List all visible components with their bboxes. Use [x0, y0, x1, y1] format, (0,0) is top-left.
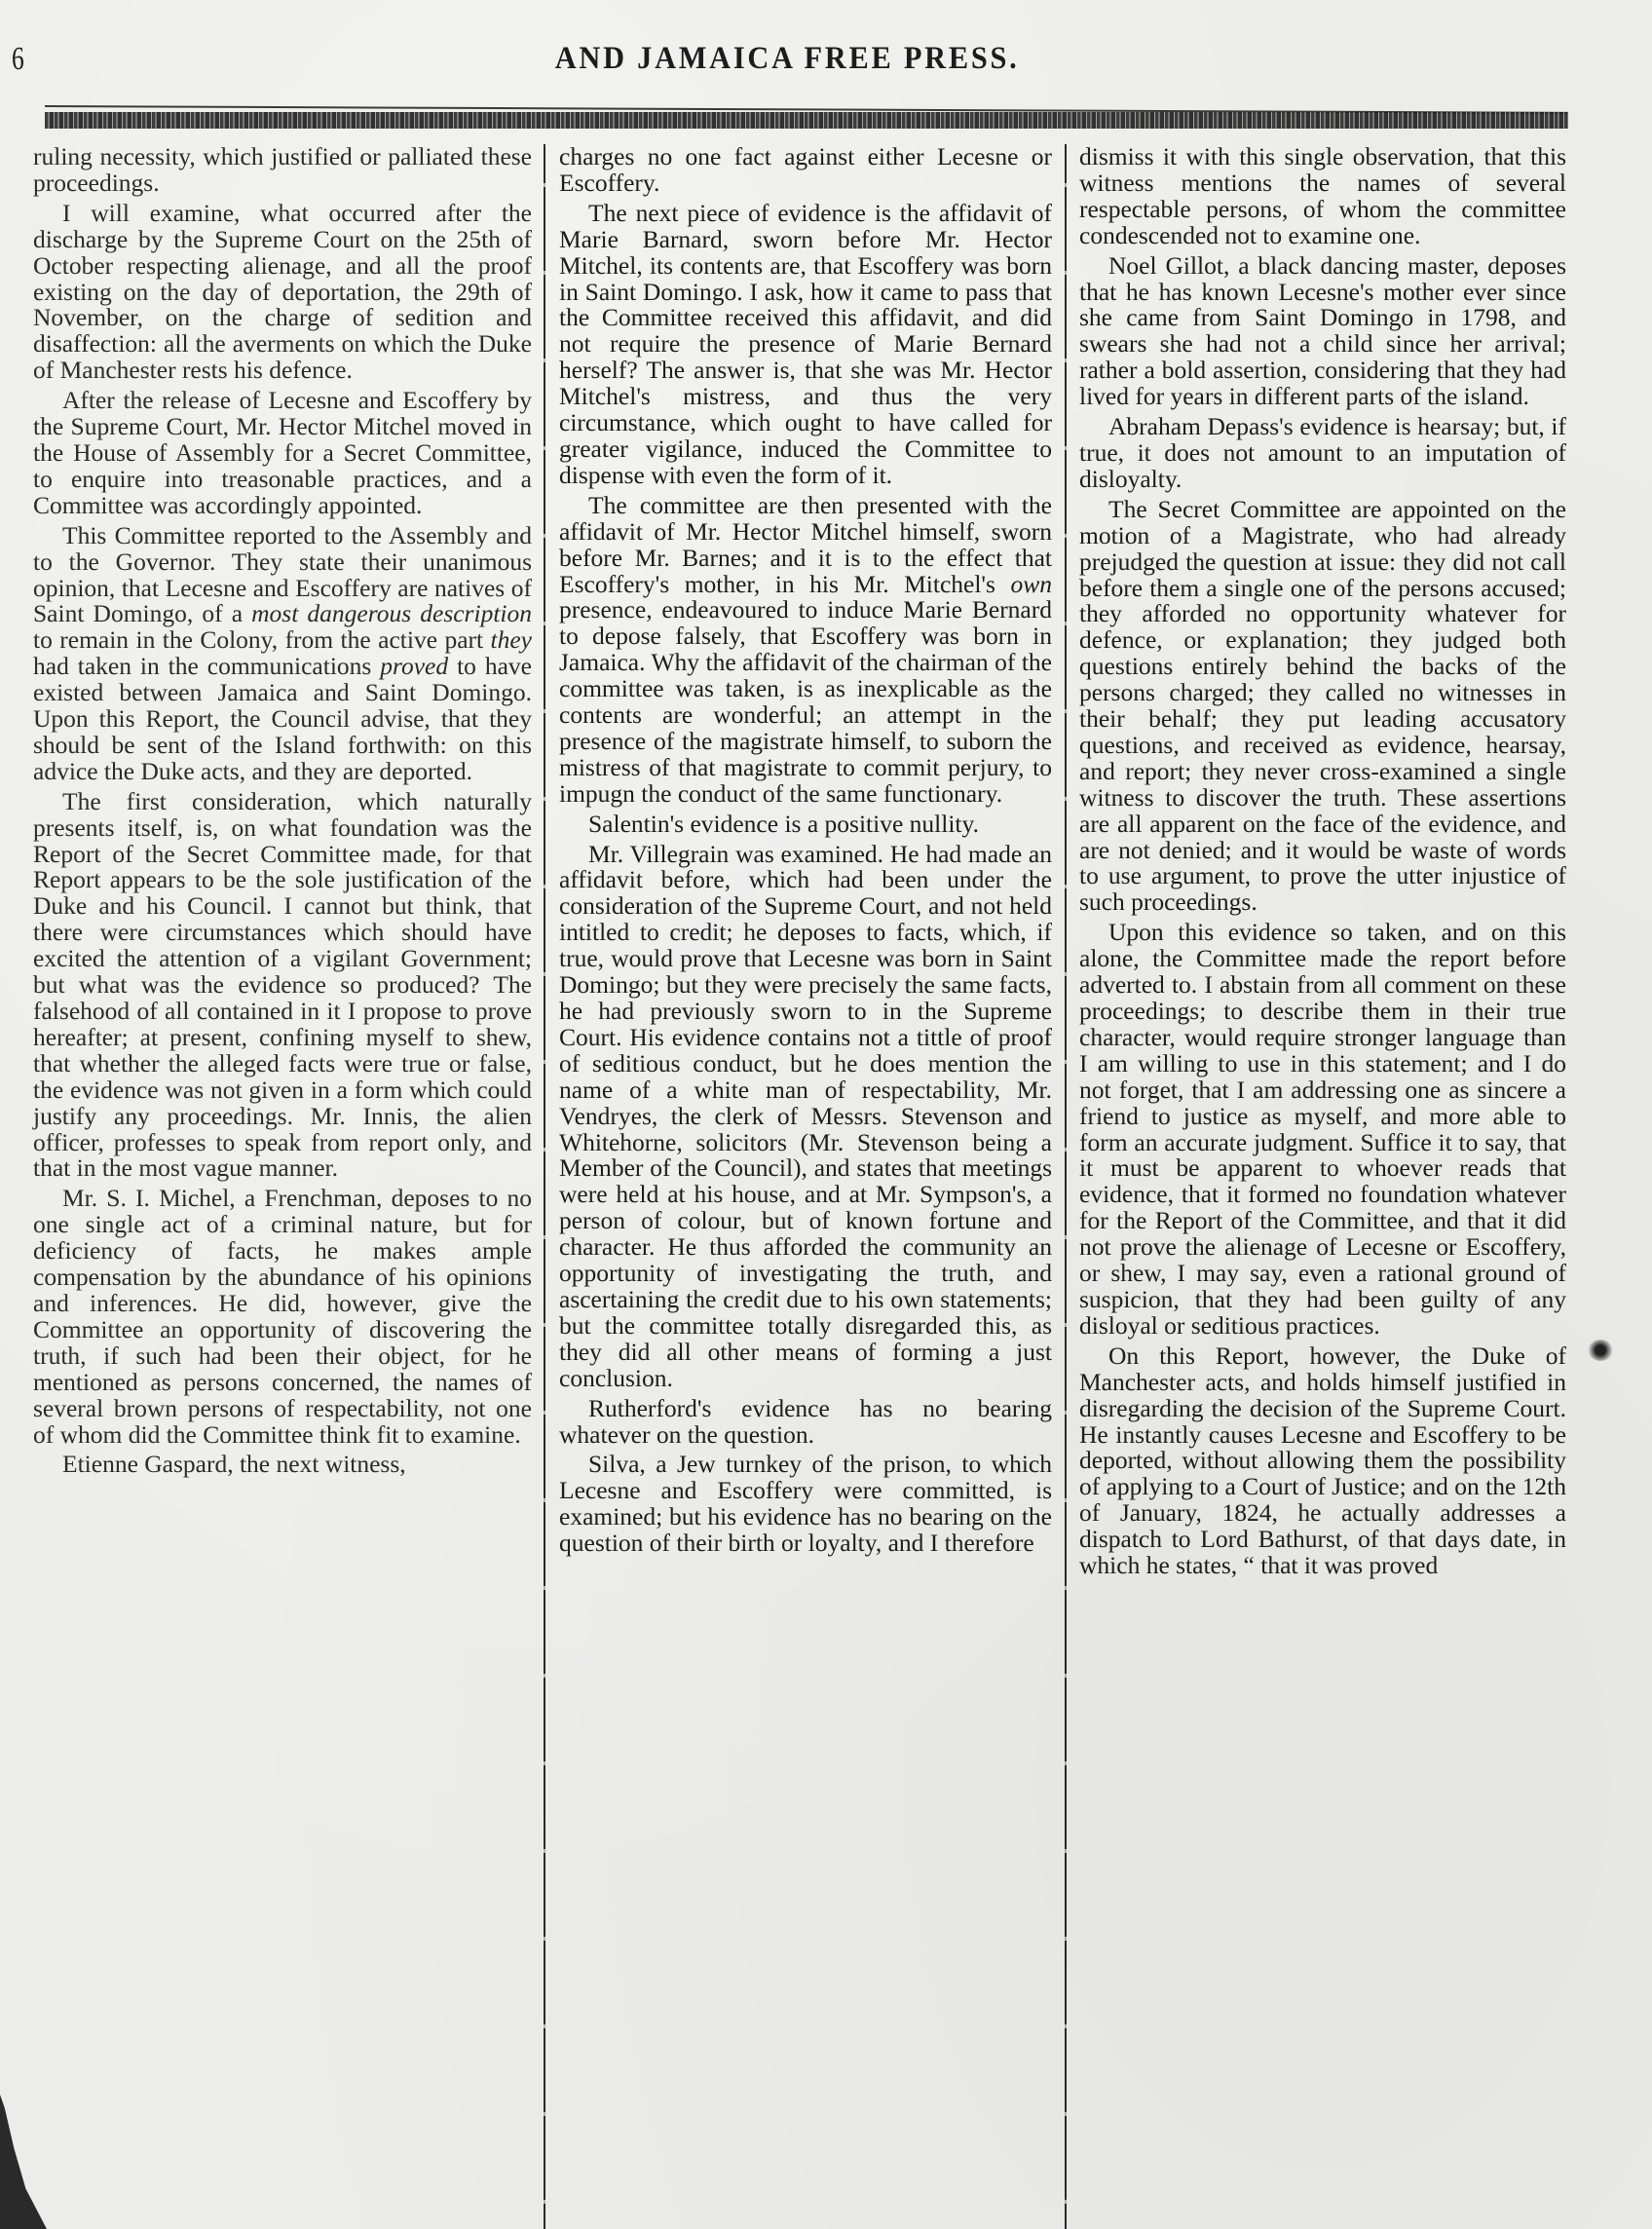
paragraph: After the release of Lecesne and Escoffe… [33, 388, 532, 519]
italic-emphasis: own [1010, 570, 1052, 598]
paragraph: Mr. Villegrain was examined. He had made… [559, 842, 1052, 1392]
column-3: dismiss it with this single observation,… [1079, 144, 1566, 1583]
paragraph: The first consideration, which naturally… [33, 789, 532, 1183]
italic-emphasis: they [491, 625, 532, 654]
paragraph: Etienne Gaspard, the next witness, [33, 1452, 532, 1478]
paragraph: Rutherford's evidence has no bearing wha… [559, 1396, 1052, 1449]
paragraph: ruling necessity, which justified or pal… [33, 144, 532, 197]
paragraph: On this Report, however, the Duke of Man… [1079, 1343, 1566, 1579]
paragraph: charges no one fact against either Leces… [559, 144, 1052, 197]
ink-blot [1588, 1340, 1613, 1361]
running-title: AND JAMAICA FREE PRESS. [0, 41, 1652, 77]
paragraph: Silva, a Jew turnkey of the prison, to w… [559, 1452, 1052, 1557]
paragraph: dismiss it with this single observation,… [1079, 144, 1566, 249]
column-divider [544, 144, 545, 2229]
italic-emphasis: proved [380, 652, 448, 680]
paragraph: Mr. S. I. Michel, a Frenchman, deposes t… [33, 1186, 532, 1448]
paragraph: The committee are then presented with th… [559, 493, 1052, 808]
paragraph: This Committee reported to the Assembly … [33, 523, 532, 785]
column-2: charges no one fact against either Leces… [559, 144, 1052, 1561]
paragraph: Upon this evidence so taken, and on this… [1079, 920, 1566, 1340]
paragraph: The next piece of evidence is the affida… [559, 201, 1052, 489]
paragraph: The Secret Committee are appointed on th… [1079, 497, 1566, 917]
paragraph: Abraham Depass's evidence is hearsay; bu… [1079, 414, 1566, 493]
column-divider [1065, 144, 1067, 2229]
paragraph: I will examine, what occurred after the … [33, 201, 532, 384]
paragraph: Salentin's evidence is a positive nullit… [559, 812, 1052, 838]
italic-emphasis: most dangerous description [251, 599, 532, 627]
running-title-text: AND JAMAICA FREE PRESS. [555, 41, 1020, 77]
ornamental-band [45, 112, 1568, 129]
decorative-header-rule [45, 105, 1568, 131]
column-1: ruling necessity, which justified or pal… [33, 144, 532, 1482]
paragraph: Noel Gillot, a black dancing master, dep… [1079, 253, 1566, 410]
